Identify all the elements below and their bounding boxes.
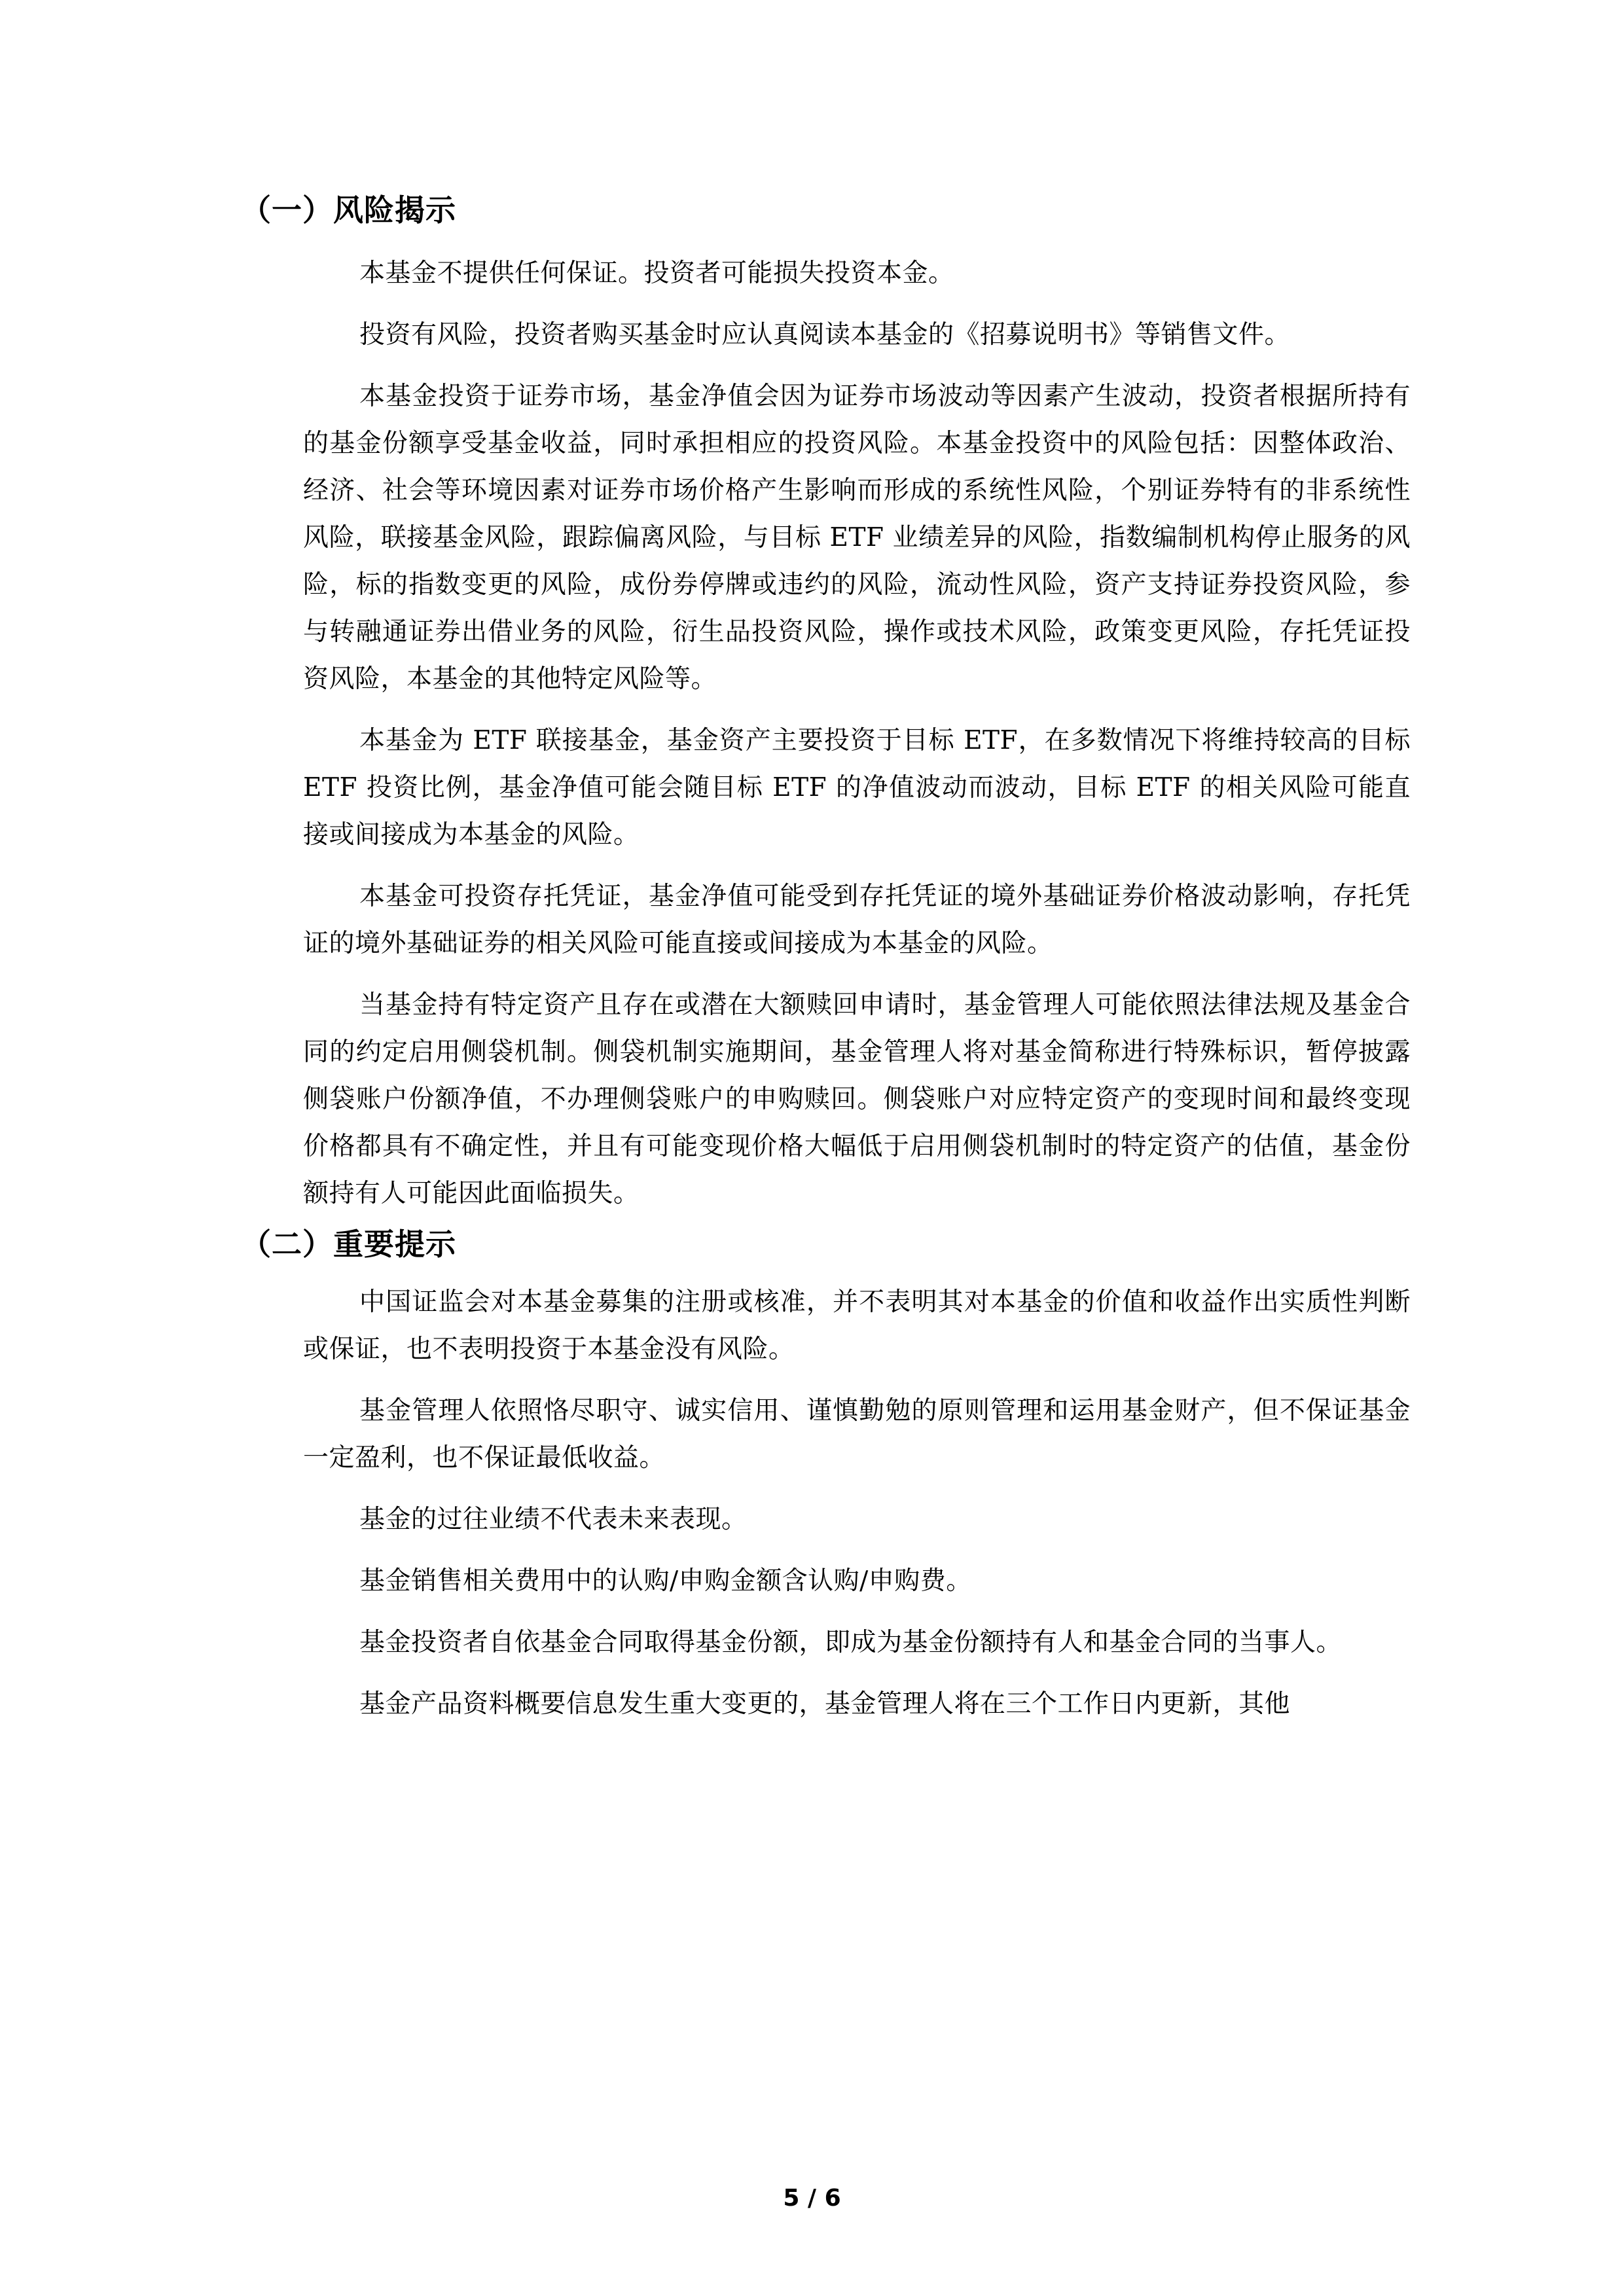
paragraph: 本基金为 ETF 联接基金，基金资产主要投资于目标 ETF，在多数情况下将维持较… — [303, 717, 1411, 859]
section-risk-disclosure: （一）风险揭示 本基金不提供任何保证。投资者可能损失投资本金。 投资有风险，投资… — [303, 190, 1411, 1217]
paragraph: 基金投资者自依基金合同取得基金份额，即成为基金份额持有人和基金合同的当事人。 — [303, 1619, 1411, 1666]
paragraph: 本基金可投资存托凭证，基金净值可能受到存托凭证的境外基础证券价格波动影响，存托凭… — [303, 873, 1411, 967]
section-heading: （二）重要提示 — [241, 1224, 1348, 1265]
paragraph: 中国证监会对本基金募集的注册或核准，并不表明其对本基金的价值和收益作出实质性判断… — [303, 1279, 1411, 1373]
paragraph: 本基金不提供任何保证。投资者可能损失投资本金。 — [303, 250, 1411, 297]
paragraph: 基金产品资料概要信息发生重大变更的，基金管理人将在三个工作日内更新，其他 — [303, 1681, 1411, 1728]
section-heading: （一）风险揭示 — [241, 190, 1348, 230]
document-page: （一）风险揭示 本基金不提供任何保证。投资者可能损失投资本金。 投资有风险，投资… — [0, 0, 1624, 2296]
paragraph: 基金管理人依照恪尽职守、诚实信用、谨慎勤勉的原则管理和运用基金财产，但不保证基金… — [303, 1388, 1411, 1482]
paragraph: 本基金投资于证券市场，基金净值会因为证券市场波动等因素产生波动，投资者根据所持有… — [303, 373, 1411, 703]
page-content: （一）风险揭示 本基金不提供任何保证。投资者可能损失投资本金。 投资有风险，投资… — [303, 190, 1411, 1742]
paragraph: 投资有风险，投资者购买基金时应认真阅读本基金的《招募说明书》等销售文件。 — [303, 312, 1411, 359]
page-number: 5 / 6 — [0, 2185, 1624, 2212]
section-important-notice: （二）重要提示 中国证监会对本基金募集的注册或核准，并不表明其对本基金的价值和收… — [303, 1224, 1411, 1728]
paragraph: 当基金持有特定资产且存在或潜在大额赎回申请时，基金管理人可能依照法律法规及基金合… — [303, 982, 1411, 1217]
paragraph: 基金销售相关费用中的认购/申购金额含认购/申购费。 — [303, 1558, 1411, 1605]
paragraph: 基金的过往业绩不代表未来表现。 — [303, 1496, 1411, 1543]
